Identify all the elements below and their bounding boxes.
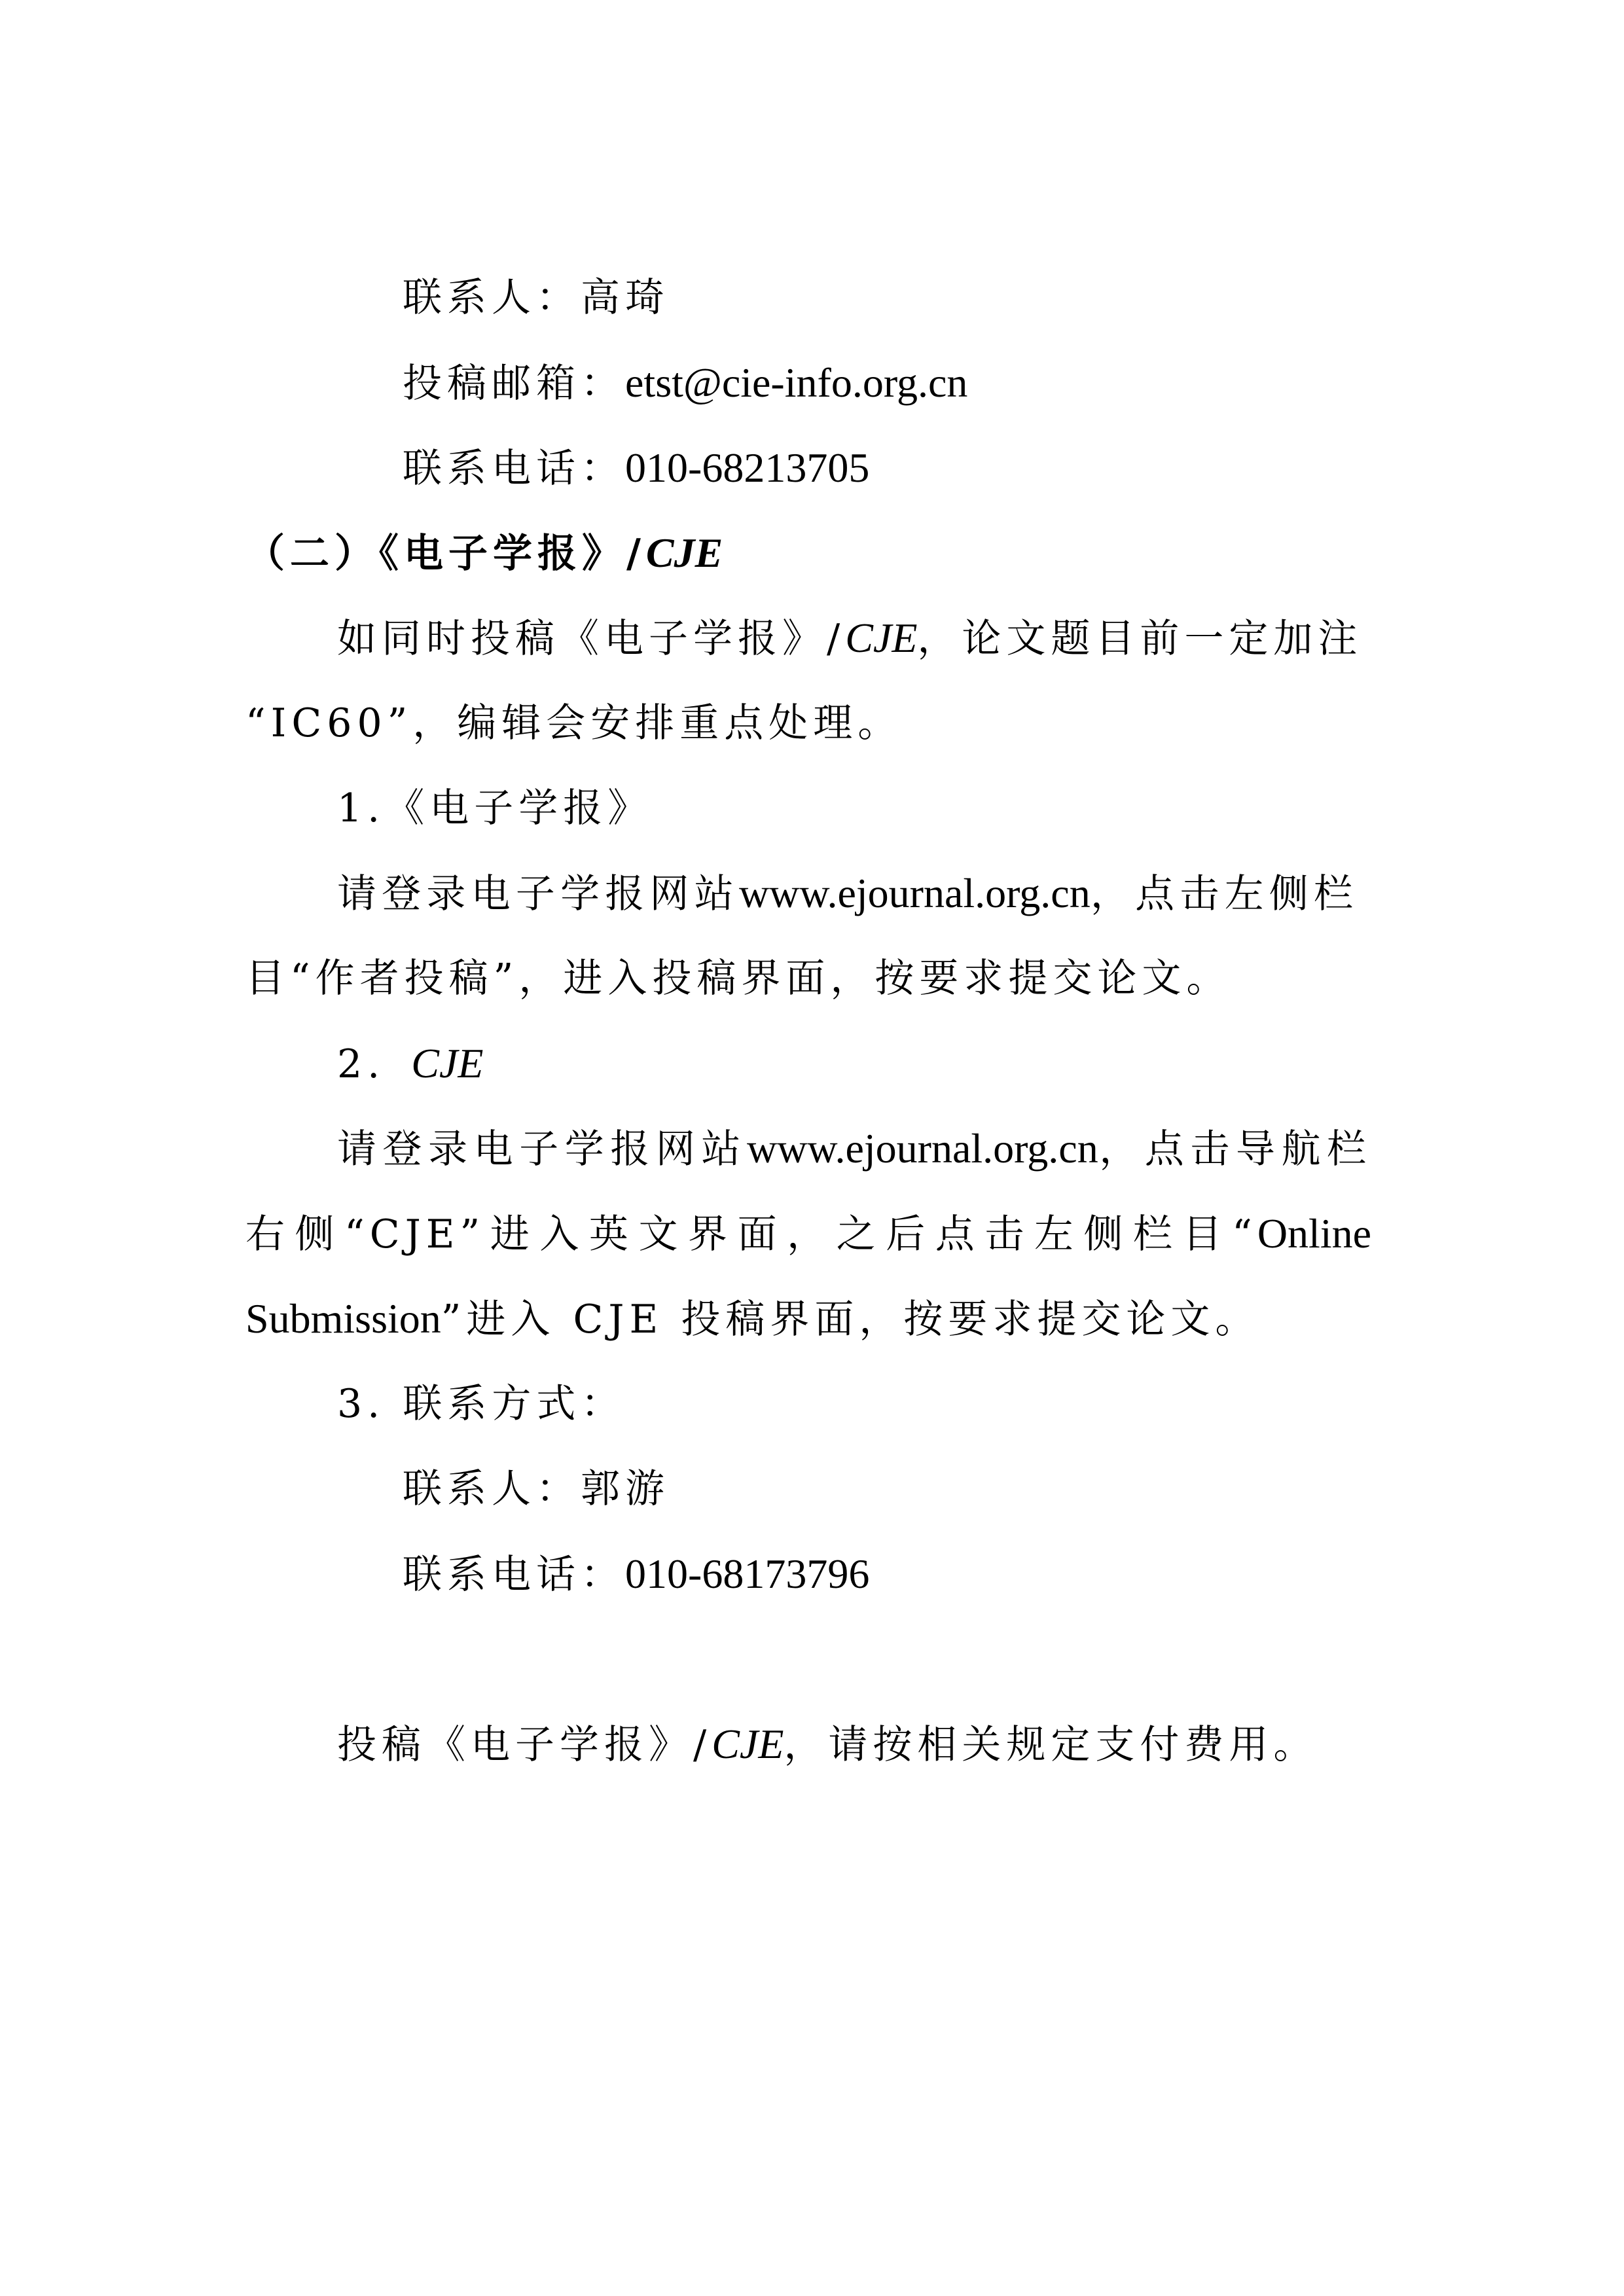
item-1-text-b: ，点击左侧栏 [1091, 871, 1358, 917]
item-2-submission: Submission [245, 1295, 441, 1342]
item-2-number: 2. [337, 1041, 385, 1087]
ejournal-link-2[interactable]: www.ejournal.org.cn [747, 1125, 1098, 1172]
item-2-line2-text: 右侧“CJE”进入英文界面，之后点击左侧栏目“ [245, 1211, 1257, 1257]
document-page: 联系人：高琦 投稿邮箱：etst@cie-info.org.cn 联系电话：01… [0, 0, 1624, 2296]
intro-paragraph-line-1: 如同时投稿《电子学报》/CJE，论文题目前一定加注 [337, 612, 1332, 665]
item-2-title: 2.CJE [337, 1037, 483, 1090]
intro-text-a: 如同时投稿《电子学报》/ [337, 616, 845, 662]
phone-number: 010-68213705 [625, 444, 869, 491]
intro-text-b: ，论文题目前一定加注 [917, 616, 1362, 662]
ejournal-link[interactable]: www.ejournal.org.cn [739, 870, 1091, 916]
fee-note: 投稿《电子学报》/CJE，请按相关规定支付费用。 [337, 1718, 1318, 1771]
fee-note-text-b: ，请按相关规定支付费用。 [784, 1722, 1318, 1768]
fee-note-text-a: 投稿《电子学报》/ [337, 1722, 712, 1768]
intro-paragraph-line-2: “IC60”，编辑会安排重点处理。 [245, 697, 902, 749]
item-3-title: 3. 联系方式： [337, 1378, 625, 1430]
item-3-person-label: 联系人： [403, 1466, 581, 1512]
email-address[interactable]: etst@cie-info.org.cn [625, 359, 967, 406]
contact-phone-line: 联系电话：010-68213705 [403, 442, 869, 495]
item-2-text-b: ，点击导航栏 [1098, 1126, 1371, 1172]
section-heading: （二）《电子学报》/CJE [245, 527, 723, 580]
item-3-person-line: 联系人：郭游 [403, 1463, 670, 1515]
item-2-line-2: 右侧“CJE”进入英文界面，之后点击左侧栏目“Online [245, 1208, 1371, 1261]
email-label: 投稿邮箱： [403, 361, 625, 406]
contact-person-line: 联系人：高琦 [403, 272, 670, 324]
contact-person-name: 高琦 [581, 275, 670, 321]
item-3-phone-label: 联系电话： [403, 1552, 625, 1598]
phone-label: 联系电话： [403, 446, 625, 492]
fee-note-cje: CJE [712, 1721, 784, 1767]
item-1-title: 1.《电子学报》 [337, 782, 652, 834]
contact-person-label: 联系人： [403, 275, 581, 321]
item-3-phone-number: 010-68173796 [625, 1551, 869, 1597]
item-3-phone-line: 联系电话：010-68173796 [403, 1548, 869, 1601]
contact-email-line: 投稿邮箱：etst@cie-info.org.cn [403, 357, 967, 410]
item-1-line-1: 请登录电子学报网站www.ejournal.org.cn，点击左侧栏 [337, 867, 1358, 920]
section-heading-cje: CJE [646, 529, 723, 576]
section-heading-text: （二）《电子学报》/ [245, 531, 646, 577]
item-2-cje: CJE [411, 1040, 483, 1086]
item-1-line-2: 目“作者投稿”，进入投稿界面，按要求提交论文。 [245, 952, 1231, 1005]
item-1-text-a: 请登录电子学报网站 [337, 871, 739, 917]
item-2-line3-text: ”进入 CJE 投稿界面，按要求提交论文。 [441, 1297, 1260, 1342]
item-2-line-3: Submission”进入 CJE 投稿界面，按要求提交论文。 [245, 1293, 1259, 1346]
item-2-online: Online [1257, 1210, 1371, 1257]
item-3-person-name: 郭游 [581, 1466, 670, 1512]
item-2-line-1: 请登录电子学报网站www.ejournal.org.cn，点击导航栏 [337, 1122, 1371, 1175]
item-2-text-a: 请登录电子学报网站 [337, 1126, 747, 1172]
intro-cje: CJE [845, 615, 917, 661]
